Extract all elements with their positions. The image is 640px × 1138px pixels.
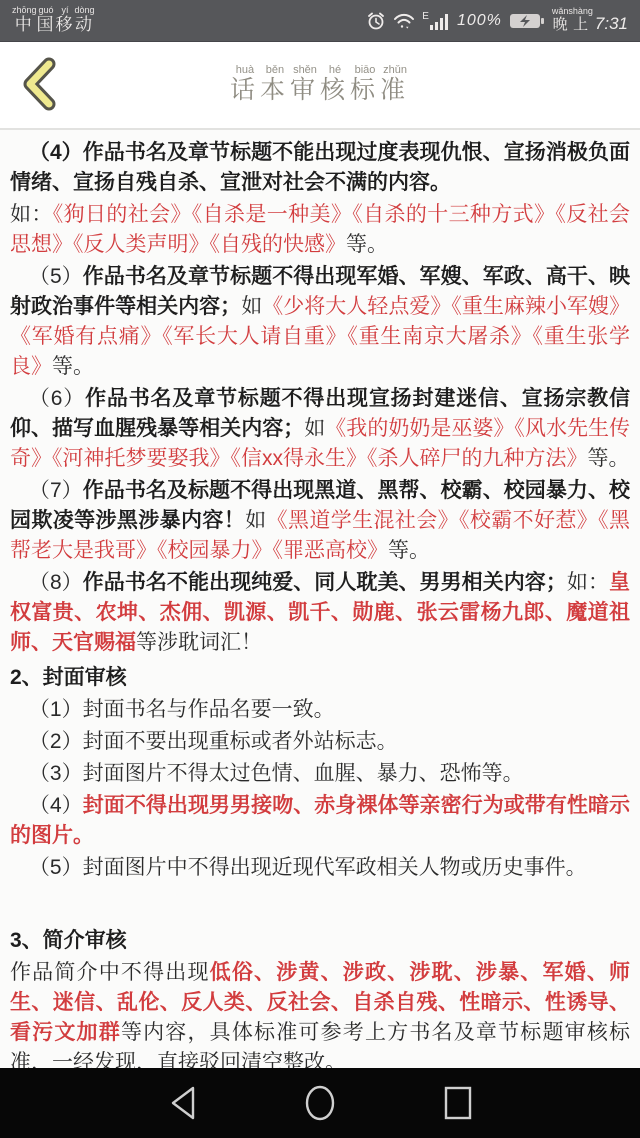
time-value: 7:31 bbox=[595, 14, 628, 34]
back-button[interactable] bbox=[16, 55, 64, 113]
text-segment: （4） bbox=[29, 794, 83, 817]
time-prefix: 晚wǎn上shàng bbox=[552, 7, 593, 34]
paragraph: 作品简介中不得出现低俗、涉黄、涉政、涉耽、涉暴、军婚、师生、迷信、乱伦、反人类、… bbox=[10, 958, 630, 1070]
text-segment: （5） bbox=[29, 265, 83, 288]
paragraph: （5）封面图片中不得出现近现代军政相关人物或历史事件。 bbox=[10, 853, 630, 883]
status-bar: 中zhōng国guó移yí动dòng E bbox=[0, 0, 640, 42]
network-type-label: E bbox=[422, 12, 429, 22]
section-heading: 2、封面审核 bbox=[10, 663, 630, 693]
battery-percent-label: 100% bbox=[457, 12, 502, 30]
paragraph: （4）封面不得出现男男接吻、赤身裸体等亲密行为或带有性暗示的图片。 bbox=[10, 791, 630, 851]
text-segment: 如 bbox=[304, 417, 325, 440]
text-segment: 如： bbox=[10, 203, 53, 226]
text-segment: 作品简介中不得出现 bbox=[10, 961, 210, 984]
text-segment: 等。 bbox=[388, 539, 430, 562]
navigation-bar bbox=[0, 1068, 640, 1138]
text-segment: 2、封面审核 bbox=[10, 666, 127, 689]
recents-square-icon bbox=[441, 1083, 475, 1123]
text-segment: 如 bbox=[241, 295, 262, 318]
clock-label: 晚wǎn上shàng 7:31 bbox=[552, 7, 628, 34]
carrier-label: 中zhōng国guó移yí动dòng bbox=[12, 6, 95, 35]
paragraph: （7）作品书名及标题不得出现黑道、黑帮、校霸、校园暴力、校园欺凌等涉黑涉暴内容！… bbox=[10, 476, 630, 566]
signal-bars-icon: E bbox=[422, 12, 450, 30]
alarm-icon bbox=[366, 11, 386, 31]
text-segment: 如 bbox=[245, 509, 266, 532]
text-segment: 封面不得出现男男接吻、赤身裸体等亲密行为或带有性暗示的图片。 bbox=[10, 794, 630, 847]
text-segment: 作品书名不能出现纯爱、同人耽美、男男相关内容； bbox=[83, 571, 567, 594]
paragraph: （2）封面不要出现重标或者外站标志。 bbox=[10, 727, 630, 757]
text-segment: （1）封面书名与作品名要一致。 bbox=[29, 698, 335, 721]
text-segment: 等。 bbox=[52, 355, 94, 378]
battery-charging-icon bbox=[509, 12, 545, 30]
nav-recents-button[interactable] bbox=[441, 1083, 475, 1123]
text-segment: 《狗日的社会》《自杀是一种美》《自杀的十三种方式》《反社会思想》《反人类声明》《… bbox=[10, 203, 630, 256]
paragraph: （8）作品书名不能出现纯爱、同人耽美、男男相关内容；如：皇权富贵、农坤、杰佣、凯… bbox=[10, 568, 630, 658]
text-segment: 等涉耽词汇！ bbox=[136, 631, 262, 654]
nav-back-button[interactable] bbox=[165, 1083, 199, 1123]
text-segment: （2）封面不要出现重标或者外站标志。 bbox=[29, 730, 398, 753]
paragraph: （1）封面书名与作品名要一致。 bbox=[10, 695, 630, 725]
paragraph-spacer bbox=[10, 885, 630, 921]
paragraph: （3）封面图片不得太过色情、血腥、暴力、恐怖等。 bbox=[10, 759, 630, 789]
home-circle-icon bbox=[303, 1083, 337, 1123]
text-segment: 等。 bbox=[346, 233, 388, 256]
header: 话huà本běn审shěn核hé标biāo准zhǔn bbox=[0, 42, 640, 130]
back-chevron-icon bbox=[16, 101, 64, 116]
wifi-icon bbox=[393, 12, 415, 30]
text-segment: （5）封面图片中不得出现近现代军政相关人物或历史事件。 bbox=[29, 856, 587, 879]
text-segment: （4）作品书名及章节标题不能出现过度表现仇恨、宣扬消极负面情绪、宣扬自残自杀、宣… bbox=[10, 141, 630, 194]
back-triangle-icon bbox=[165, 1083, 199, 1123]
text-segment: 等。 bbox=[588, 447, 630, 470]
text-segment: （7） bbox=[29, 479, 83, 502]
text-segment: 3、简介审核 bbox=[10, 929, 127, 952]
text-segment: 如： bbox=[567, 571, 609, 594]
paragraph: （6）作品书名及章节标题不得出现宣扬封建迷信、宣扬宗教信仰、描写血腥残暴等相关内… bbox=[10, 384, 630, 474]
paragraph: （4）作品书名及章节标题不能出现过度表现仇恨、宣扬消极负面情绪、宣扬自残自杀、宣… bbox=[10, 138, 630, 198]
nav-home-button[interactable] bbox=[303, 1083, 337, 1123]
text-segment: （6） bbox=[29, 387, 85, 410]
paragraph: （5）作品书名及章节标题不得出现军婚、军嫂、军政、高干、映射政治事件等相关内容；… bbox=[10, 262, 630, 382]
section-heading: 3、简介审核 bbox=[10, 926, 630, 956]
document-body: （4）作品书名及章节标题不能出现过度表现仇恨、宣扬消极负面情绪、宣扬自残自杀、宣… bbox=[0, 130, 640, 1070]
paragraph: 如：《狗日的社会》《自杀是一种美》《自杀的十三种方式》《反社会思想》《反人类声明… bbox=[10, 200, 630, 260]
text-segment: （3）封面图片不得太过色情、血腥、暴力、恐怖等。 bbox=[29, 762, 524, 785]
text-segment: （8） bbox=[29, 571, 83, 594]
phone-screen: 中zhōng国guó移yí动dòng E bbox=[0, 0, 640, 1138]
page-title: 话huà本běn审shěn核hé标biāo准zhǔn bbox=[230, 64, 410, 106]
